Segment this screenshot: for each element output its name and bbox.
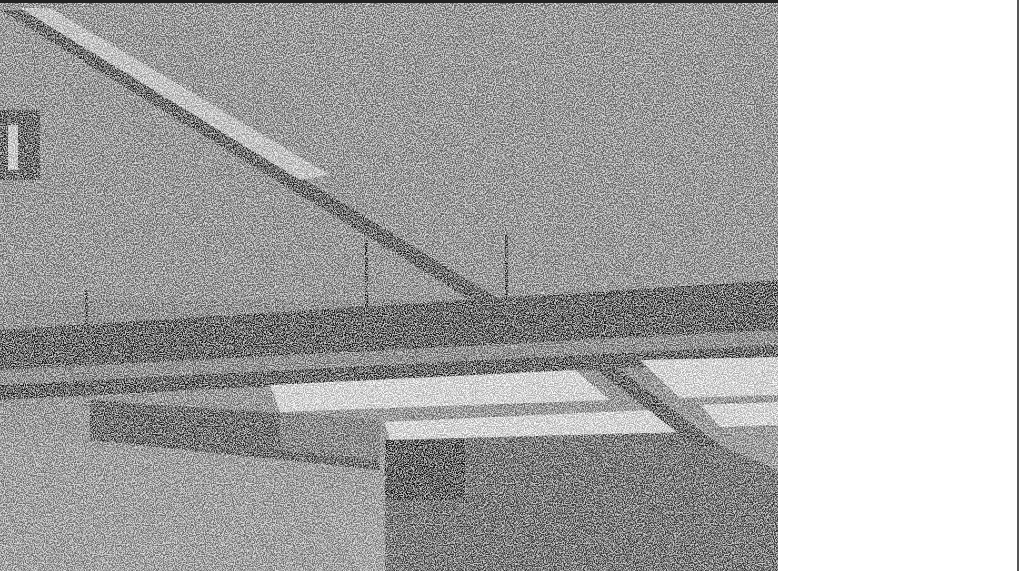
photo-drawing [0, 0, 778, 571]
page-edge-line [1017, 0, 1019, 571]
halftone-photograph [0, 0, 778, 571]
scanned-page [0, 0, 1024, 571]
photo-top-edge [0, 0, 778, 3]
